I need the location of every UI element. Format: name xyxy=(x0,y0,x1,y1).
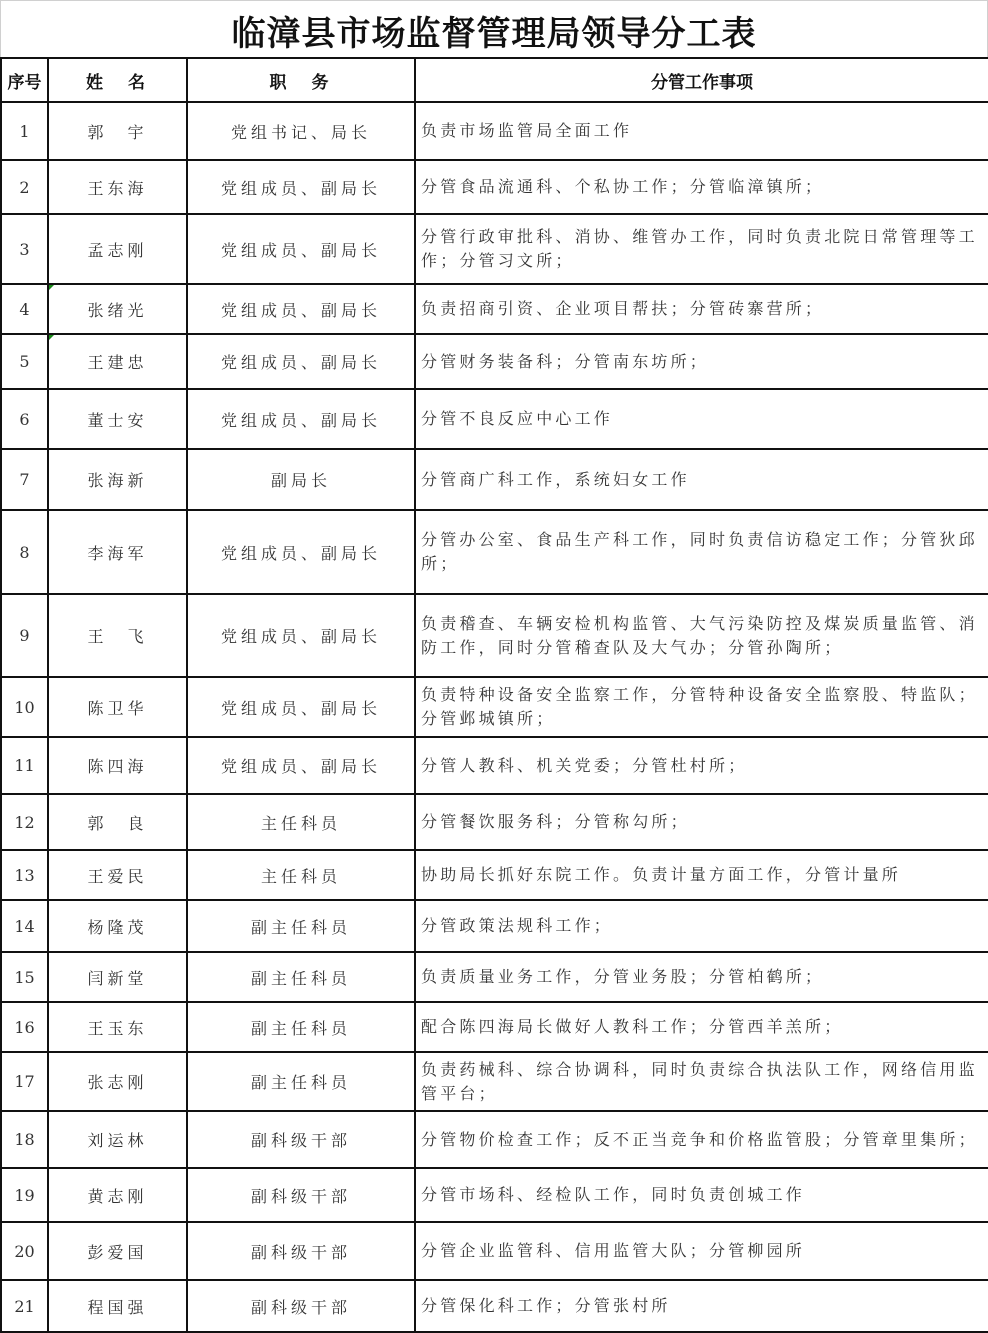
duties-cell[interactable]: 负责稽查、车辆安检机构监管、大气污染防控及煤炭质量监管、消防工作，同时分管稽查队… xyxy=(415,594,988,677)
duties-cell[interactable]: 分管市场科、经检队工作，同时负责创城工作 xyxy=(415,1168,988,1222)
duties-cell[interactable]: 负责质量业务工作，分管业务股；分管柏鹤所； xyxy=(415,952,988,1002)
position-cell[interactable]: 党组成员、副局长 xyxy=(187,389,415,449)
table-row: 17 张志刚 副主任科员 负责药械科、综合协调科，同时负责综合执法队工作，网络信… xyxy=(1,1052,988,1111)
table-row: 16 王玉东 副主任科员 配合陈四海局长做好人教科工作；分管西羊羔所； xyxy=(1,1002,988,1052)
seq-cell[interactable]: 9 xyxy=(1,594,48,677)
seq-cell[interactable]: 13 xyxy=(1,850,48,900)
seq-cell[interactable]: 14 xyxy=(1,900,48,952)
seq-cell[interactable]: 5 xyxy=(1,334,48,389)
table-row: 2 王东海 党组成员、副局长 分管食品流通科、个私协工作；分管临漳镇所； xyxy=(1,160,988,214)
seq-cell[interactable]: 19 xyxy=(1,1168,48,1222)
name-cell[interactable]: 王东海 xyxy=(48,160,187,214)
table-row: 5 王建忠 党组成员、副局长 分管财务装备科；分管南东坊所； xyxy=(1,334,988,389)
position-cell[interactable]: 党组成员、副局长 xyxy=(187,334,415,389)
name-cell[interactable]: 孟志刚 xyxy=(48,214,187,284)
position-cell[interactable]: 副主任科员 xyxy=(187,952,415,1002)
position-cell[interactable]: 副局长 xyxy=(187,449,415,510)
duties-cell[interactable]: 分管政策法规科工作； xyxy=(415,900,988,952)
duties-cell[interactable]: 配合陈四海局长做好人教科工作；分管西羊羔所； xyxy=(415,1002,988,1052)
position-cell[interactable]: 党组成员、副局长 xyxy=(187,160,415,214)
table-row: 11 陈四海 党组成员、副局长 分管人教科、机关党委；分管杜村所； xyxy=(1,737,988,794)
name-cell[interactable]: 郭 良 xyxy=(48,794,187,850)
header-seq[interactable]: 序号 xyxy=(1,58,48,102)
position-cell[interactable]: 副科级干部 xyxy=(187,1280,415,1332)
position-cell[interactable]: 党组成员、副局长 xyxy=(187,510,415,594)
position-cell[interactable]: 党组成员、副局长 xyxy=(187,284,415,334)
seq-cell[interactable]: 8 xyxy=(1,510,48,594)
name-cell[interactable]: 陈卫华 xyxy=(48,677,187,737)
name-cell[interactable]: 刘运林 xyxy=(48,1111,187,1168)
name-cell[interactable]: 董士安 xyxy=(48,389,187,449)
table-row: 9 王 飞 党组成员、副局长 负责稽查、车辆安检机构监管、大气污染防控及煤炭质量… xyxy=(1,594,988,677)
duties-cell[interactable]: 分管行政审批科、消协、维管办工作，同时负责北院日常管理等工作；分管习文所； xyxy=(415,214,988,284)
position-cell[interactable]: 副主任科员 xyxy=(187,1052,415,1111)
table-row: 19 黄志刚 副科级干部 分管市场科、经检队工作，同时负责创城工作 xyxy=(1,1168,988,1222)
name-cell[interactable]: 李海军 xyxy=(48,510,187,594)
position-cell[interactable]: 党组成员、副局长 xyxy=(187,677,415,737)
table-row: 1 郭 宇 党组书记、局长 负责市场监管局全面工作 xyxy=(1,102,988,160)
name-cell[interactable]: 王 飞 xyxy=(48,594,187,677)
seq-cell[interactable]: 15 xyxy=(1,952,48,1002)
seq-cell[interactable]: 2 xyxy=(1,160,48,214)
duties-cell[interactable]: 分管物价检查工作；反不正当竞争和价格监管股；分管章里集所； xyxy=(415,1111,988,1168)
duties-cell[interactable]: 分管办公室、食品生产科工作，同时负责信访稳定工作；分管狄邱所； xyxy=(415,510,988,594)
seq-cell[interactable]: 3 xyxy=(1,214,48,284)
table-row: 3 孟志刚 党组成员、副局长 分管行政审批科、消协、维管办工作，同时负责北院日常… xyxy=(1,214,988,284)
duties-cell[interactable]: 负责市场监管局全面工作 xyxy=(415,102,988,160)
table-row: 21 程国强 副科级干部 分管保化科工作；分管张村所 xyxy=(1,1280,988,1332)
position-cell[interactable]: 主任科员 xyxy=(187,794,415,850)
name-cell[interactable]: 张海新 xyxy=(48,449,187,510)
name-cell[interactable]: 张志刚 xyxy=(48,1052,187,1111)
page-title: 临漳县市场监督管理局领导分工表 xyxy=(0,6,988,55)
seq-cell[interactable]: 7 xyxy=(1,449,48,510)
seq-cell[interactable]: 11 xyxy=(1,737,48,794)
header-duties[interactable]: 分管工作事项 xyxy=(415,58,988,102)
seq-cell[interactable]: 1 xyxy=(1,102,48,160)
name-cell[interactable]: 王玉东 xyxy=(48,1002,187,1052)
position-cell[interactable]: 党组书记、局长 xyxy=(187,102,415,160)
table-row: 14 杨隆茂 副主任科员 分管政策法规科工作； xyxy=(1,900,988,952)
position-cell[interactable]: 党组成员、副局长 xyxy=(187,214,415,284)
spreadsheet-sheet: 临漳县市场监督管理局领导分工表 序号 姓 名 职 务 分管工作事项 1 郭 宇 … xyxy=(0,0,988,1333)
name-cell[interactable]: 王爱民 xyxy=(48,850,187,900)
position-cell[interactable]: 副科级干部 xyxy=(187,1168,415,1222)
duties-cell[interactable]: 分管不良反应中心工作 xyxy=(415,389,988,449)
name-cell[interactable]: 程国强 xyxy=(48,1280,187,1332)
table-row: 10 陈卫华 党组成员、副局长 负责特种设备安全监察工作，分管特种设备安全监察股… xyxy=(1,677,988,737)
table-row: 7 张海新 副局长 分管商广科工作，系统妇女工作 xyxy=(1,449,988,510)
duties-cell[interactable]: 负责招商引资、企业项目帮扶；分管砖寨营所； xyxy=(415,284,988,334)
position-cell[interactable]: 党组成员、副局长 xyxy=(187,594,415,677)
duties-cell[interactable]: 分管保化科工作；分管张村所 xyxy=(415,1280,988,1332)
seq-cell[interactable]: 12 xyxy=(1,794,48,850)
table-row: 15 闫新堂 副主任科员 负责质量业务工作，分管业务股；分管柏鹤所； xyxy=(1,952,988,1002)
header-position[interactable]: 职 务 xyxy=(187,58,415,102)
header-row: 序号 姓 名 职 务 分管工作事项 xyxy=(1,58,988,102)
position-cell[interactable]: 副科级干部 xyxy=(187,1222,415,1280)
seq-cell[interactable]: 10 xyxy=(1,677,48,737)
name-cell[interactable]: 王建忠 xyxy=(48,334,187,389)
duties-cell[interactable]: 分管食品流通科、个私协工作；分管临漳镇所； xyxy=(415,160,988,214)
duties-cell[interactable]: 分管企业监管科、信用监管大队；分管柳园所 xyxy=(415,1222,988,1280)
name-cell[interactable]: 郭 宇 xyxy=(48,102,187,160)
seq-cell[interactable]: 21 xyxy=(1,1280,48,1332)
name-cell[interactable]: 陈四海 xyxy=(48,737,187,794)
name-cell[interactable]: 闫新堂 xyxy=(48,952,187,1002)
duties-cell[interactable]: 负责药械科、综合协调科，同时负责综合执法队工作，网络信用监管平台； xyxy=(415,1052,988,1111)
leader-duty-table: 序号 姓 名 职 务 分管工作事项 1 郭 宇 党组书记、局长 负责市场监管局全… xyxy=(0,57,988,1333)
duties-cell[interactable]: 分管财务装备科；分管南东坊所； xyxy=(415,334,988,389)
table-row: 4 张绪光 党组成员、副局长 负责招商引资、企业项目帮扶；分管砖寨营所； xyxy=(1,284,988,334)
seq-cell[interactable]: 17 xyxy=(1,1052,48,1111)
table-row: 8 李海军 党组成员、副局长 分管办公室、食品生产科工作，同时负责信访稳定工作；… xyxy=(1,510,988,594)
position-cell[interactable]: 主任科员 xyxy=(187,850,415,900)
table-row: 6 董士安 党组成员、副局长 分管不良反应中心工作 xyxy=(1,389,988,449)
seq-cell[interactable]: 4 xyxy=(1,284,48,334)
table-row: 12 郭 良 主任科员 分管餐饮服务科；分管称勾所； xyxy=(1,794,988,850)
name-cell[interactable]: 张绪光 xyxy=(48,284,187,334)
duties-cell[interactable]: 分管商广科工作，系统妇女工作 xyxy=(415,449,988,510)
position-cell[interactable]: 副主任科员 xyxy=(187,1002,415,1052)
header-name[interactable]: 姓 名 xyxy=(48,58,187,102)
seq-cell[interactable]: 20 xyxy=(1,1222,48,1280)
name-cell[interactable]: 黄志刚 xyxy=(48,1168,187,1222)
duties-cell[interactable]: 负责特种设备安全监察工作，分管特种设备安全监察股、特监队；分管邺城镇所； xyxy=(415,677,988,737)
table-row: 20 彭爱国 副科级干部 分管企业监管科、信用监管大队；分管柳园所 xyxy=(1,1222,988,1280)
position-cell[interactable]: 副科级干部 xyxy=(187,1111,415,1168)
seq-cell[interactable]: 6 xyxy=(1,389,48,449)
name-cell[interactable]: 彭爱国 xyxy=(48,1222,187,1280)
table-row: 13 王爱民 主任科员 协助局长抓好东院工作。负责计量方面工作，分管计量所 xyxy=(1,850,988,900)
duties-cell[interactable]: 协助局长抓好东院工作。负责计量方面工作，分管计量所 xyxy=(415,850,988,900)
name-cell[interactable]: 杨隆茂 xyxy=(48,900,187,952)
seq-cell[interactable]: 18 xyxy=(1,1111,48,1168)
duties-cell[interactable]: 分管餐饮服务科；分管称勾所； xyxy=(415,794,988,850)
table-row: 18 刘运林 副科级干部 分管物价检查工作；反不正当竞争和价格监管股；分管章里集… xyxy=(1,1111,988,1168)
position-cell[interactable]: 副主任科员 xyxy=(187,900,415,952)
position-cell[interactable]: 党组成员、副局长 xyxy=(187,737,415,794)
duties-cell[interactable]: 分管人教科、机关党委；分管杜村所； xyxy=(415,737,988,794)
seq-cell[interactable]: 16 xyxy=(1,1002,48,1052)
